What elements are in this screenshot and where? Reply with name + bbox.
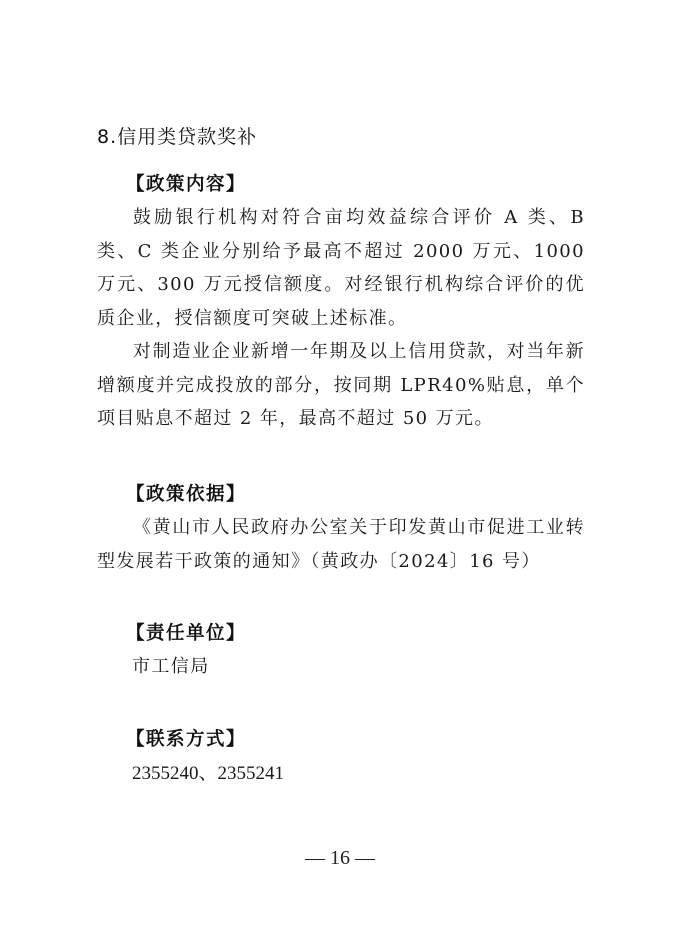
policy-content-paragraph-1: 鼓励银行机构对符合亩均效益综合评价 A 类、B 类、C 类企业分别给予最高不超过… [97, 201, 585, 335]
policy-content-label: 【政策内容】 [126, 170, 585, 196]
contact-section: 【联系方式】 [97, 725, 585, 751]
document-page: 8.信用类贷款奖补 【政策内容】 鼓励银行机构对符合亩均效益综合评价 A 类、B… [0, 0, 680, 945]
section-title: 8.信用类贷款奖补 [97, 122, 585, 149]
contact-label: 【联系方式】 [126, 725, 585, 751]
policy-basis-text: 《黄山市人民政府办公室关于印发黄山市促进工业转型发展若干政策的通知》（黄政办〔2… [97, 511, 585, 578]
policy-content-paragraph-2: 对制造业企业新增一年期及以上信用贷款，对当年新增额度并完成投放的部分，按同期 L… [97, 335, 585, 436]
policy-content-section: 【政策内容】 [97, 170, 585, 196]
policy-basis-body: 《黄山市人民政府办公室关于印发黄山市促进工业转型发展若干政策的通知》（黄政办〔2… [97, 511, 585, 578]
responsible-unit-text: 市工信局 [132, 650, 620, 684]
responsible-unit-label: 【责任单位】 [126, 619, 585, 645]
policy-content-body: 鼓励银行机构对符合亩均效益综合评价 A 类、B 类、C 类企业分别给予最高不超过… [97, 201, 585, 436]
policy-basis-section: 【政策依据】 [97, 480, 585, 506]
page-number: — 16 — [0, 847, 680, 870]
policy-basis-label: 【政策依据】 [126, 480, 585, 506]
contact-text: 2355240、2355241 [132, 757, 620, 791]
responsible-unit-section: 【责任单位】 [97, 619, 585, 645]
